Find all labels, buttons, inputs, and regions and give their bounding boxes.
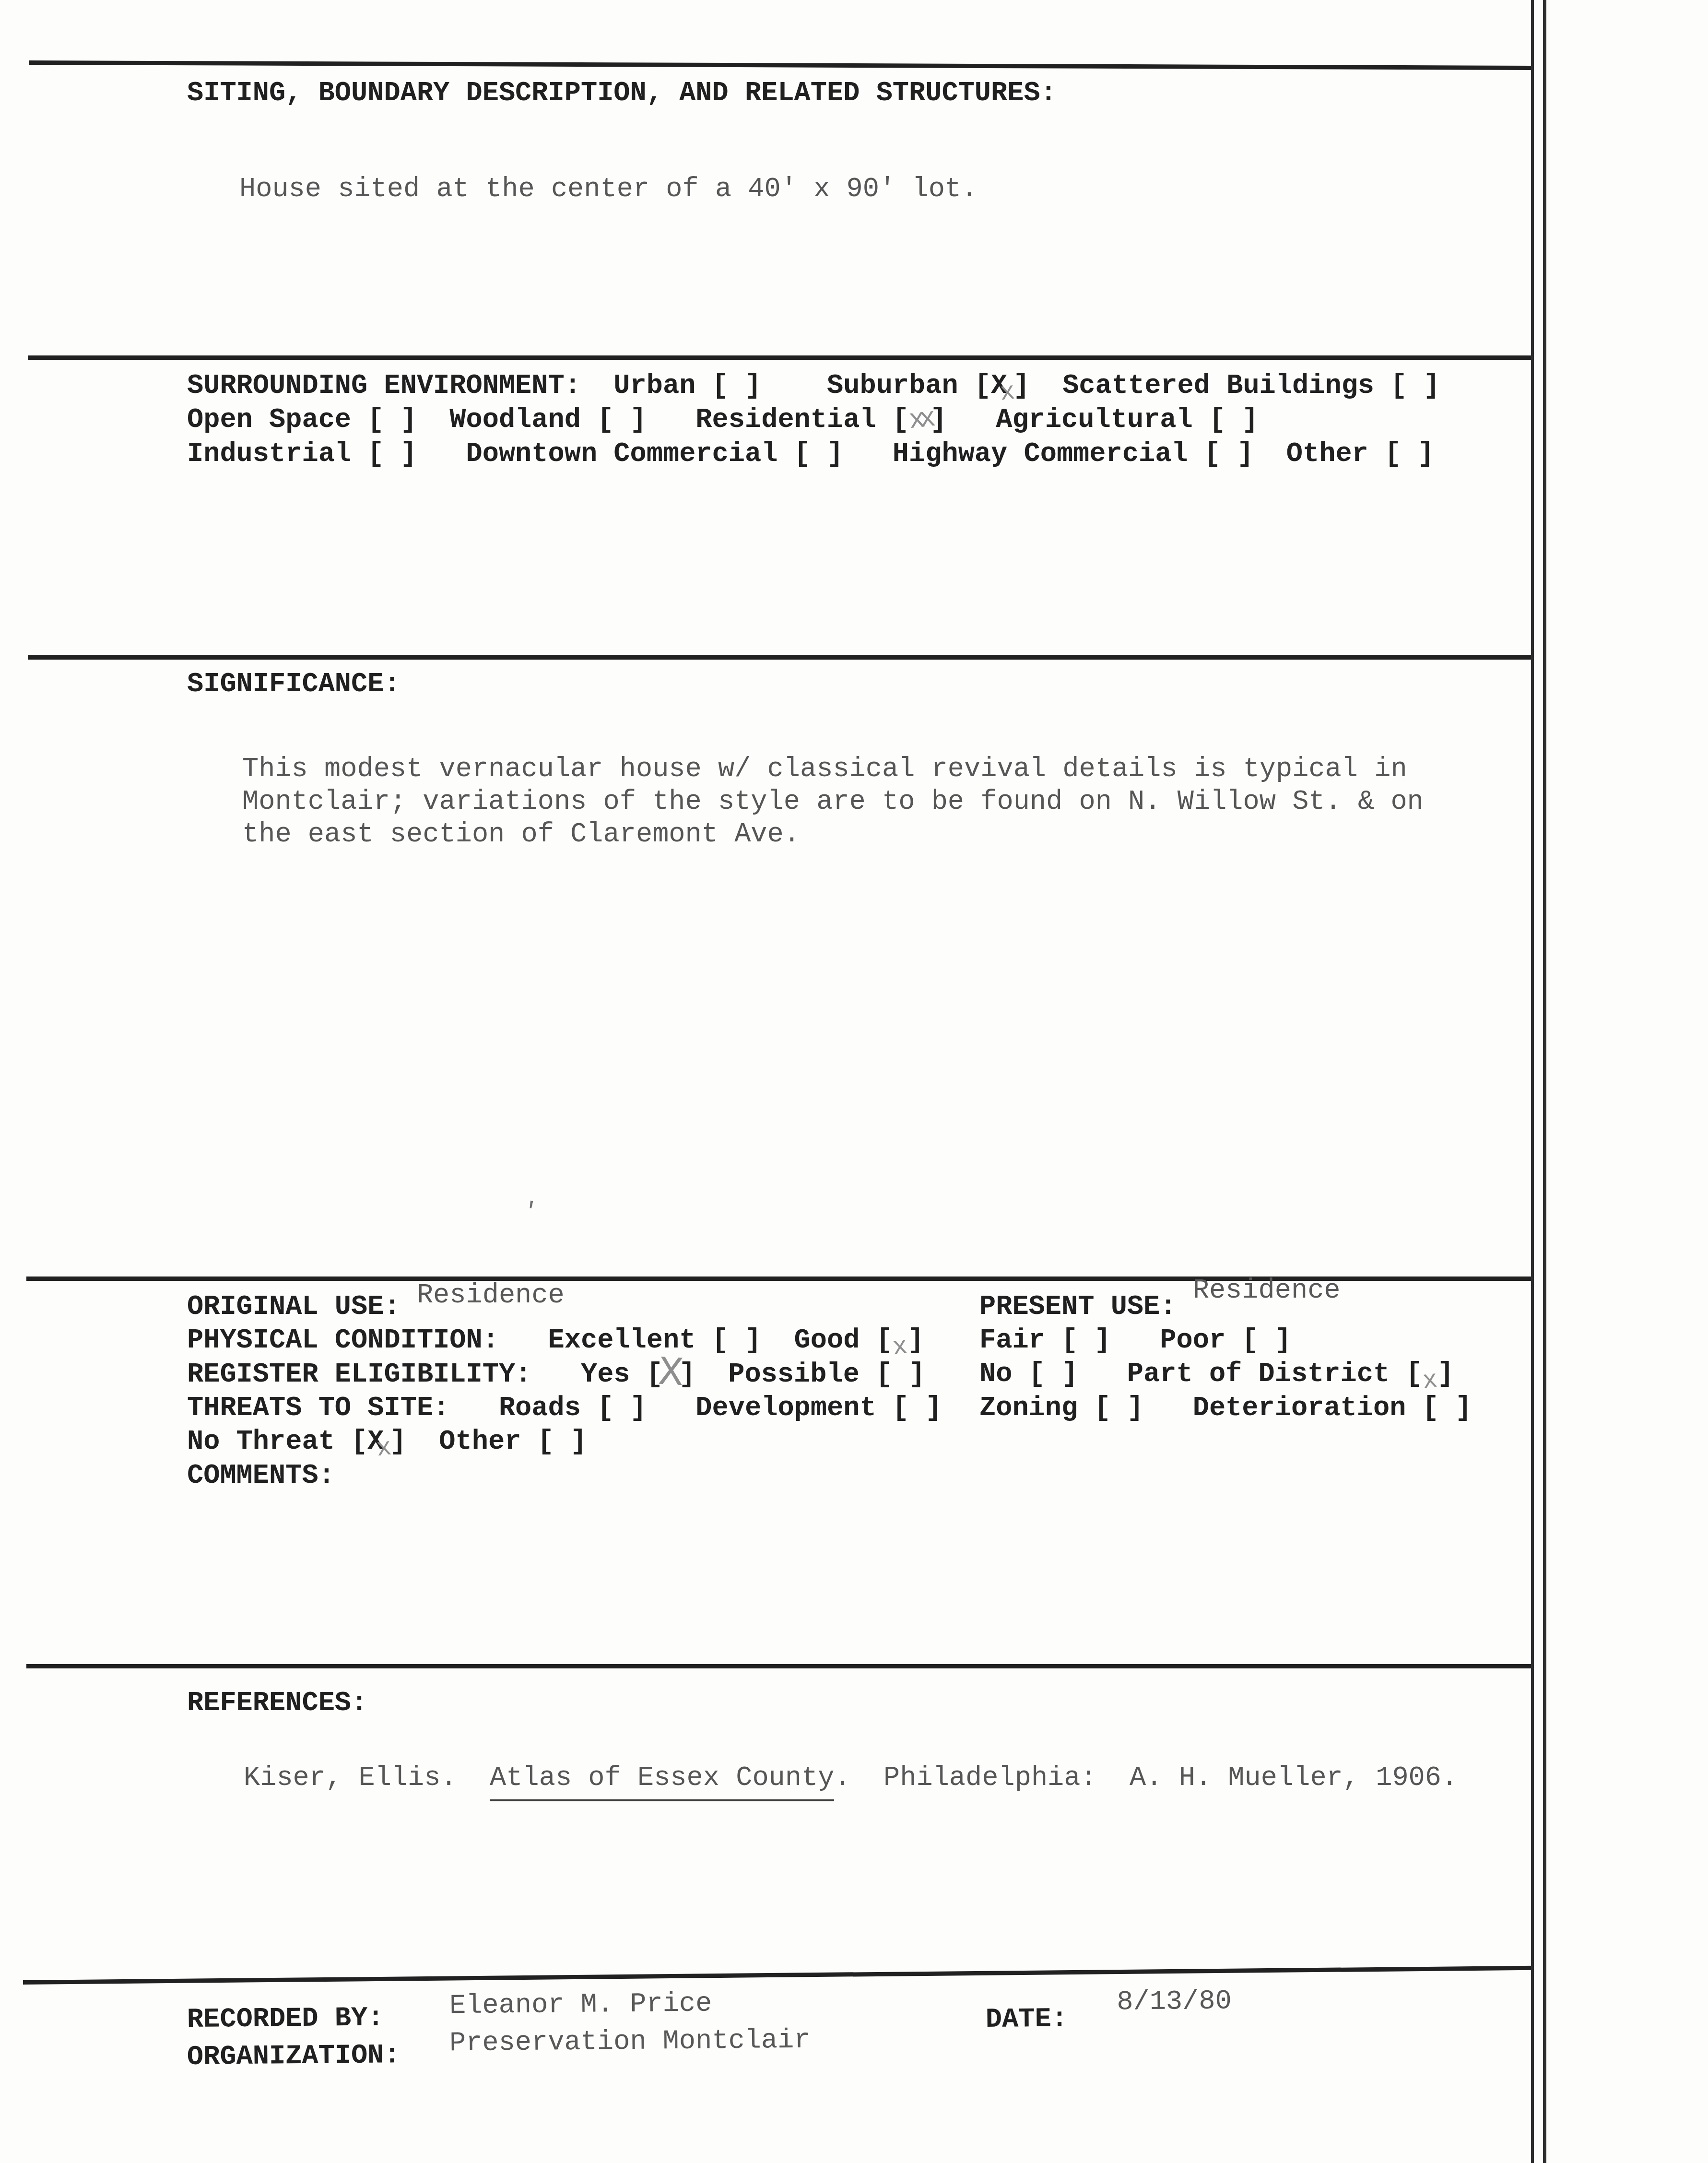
rule-top bbox=[29, 60, 1531, 70]
handwritten-x-part-of-district: x bbox=[1421, 1364, 1439, 1399]
typed-text: Open Space [ ] Woodland [ ] Residential … bbox=[187, 405, 909, 436]
usage-row: No Threat [Xx] Other [ ] bbox=[187, 1425, 942, 1459]
handwritten-x-yes: X bbox=[659, 1373, 683, 1374]
usage-row: Fair [ ] Poor [ ] bbox=[979, 1324, 1472, 1358]
typed-text: REGISTER ELIGIBILITY: Yes [ bbox=[187, 1359, 663, 1390]
usage-row: No [ ] Part of District [x] bbox=[979, 1358, 1472, 1392]
typed-text: ORIGINAL USE: bbox=[187, 1292, 417, 1323]
text-line: This modest vernacular house w/ classica… bbox=[242, 753, 1424, 786]
typed-text: Fair [ ] Poor [ ] bbox=[979, 1325, 1291, 1356]
usage-left-column: ORIGINAL USE: ResidencePHYSICAL CONDITIO… bbox=[187, 1290, 942, 1493]
usage-right-column: PRESENT USE: ResidenceFair [ ] Poor [ ]N… bbox=[979, 1290, 1472, 1425]
typed-text: . Philadelphia: A. H. Mueller, 1906. bbox=[834, 1763, 1458, 1794]
value-present-use: Residence bbox=[1193, 1276, 1341, 1306]
typed-text: ] Possible [ ] bbox=[679, 1359, 925, 1390]
reference-title-underlined: Atlas of Essex County bbox=[490, 1763, 834, 1801]
date-row: DATE: 8/13/80 bbox=[986, 2001, 1232, 2037]
typed-text: Industrial [ ] Downtown Commercial [ ] H… bbox=[187, 439, 1434, 470]
usage-row: REGISTER ELIGIBILITY: Yes [X] Possible [… bbox=[187, 1358, 942, 1392]
siting-heading: SITING, BOUNDARY DESCRIPTION, AND RELATE… bbox=[187, 77, 1057, 110]
typed-text: PHYSICAL CONDITION: Excellent [ ] Good [ bbox=[187, 1325, 893, 1356]
typed-text: ] Other [ ] bbox=[390, 1427, 587, 1457]
environment-row: SURROUNDING ENVIRONMENT: Urban [ ] Subur… bbox=[187, 369, 1440, 403]
stray-pen-mark: ' bbox=[521, 1197, 540, 1227]
rule-significance bbox=[28, 655, 1531, 660]
value-recorded-by: Eleanor M. Price bbox=[449, 1988, 712, 2021]
reference-citation: Kiser, Ellis. Atlas of Essex County. Phi… bbox=[244, 1761, 1458, 1795]
typed-text: COMMENTS: bbox=[187, 1461, 335, 1491]
usage-row: THREATS TO SITE: Roads [ ] Development [… bbox=[187, 1392, 942, 1425]
typed-text: ] bbox=[1437, 1359, 1454, 1390]
rule-environment bbox=[28, 355, 1531, 360]
environment-row: Open Space [ ] Woodland [ ] Residential … bbox=[187, 403, 1440, 437]
rule-footer bbox=[23, 1966, 1534, 1985]
value-organization: Preservation Montclair bbox=[449, 2025, 811, 2059]
typed-text: ORGANIZATION: bbox=[187, 2040, 450, 2073]
typed-text: ] Scattered Buildings [ ] bbox=[1013, 371, 1440, 402]
value-original-use: Residence bbox=[417, 1280, 565, 1311]
typed-text: THREATS TO SITE: Roads [ ] Development [… bbox=[187, 1393, 942, 1424]
significance-heading: SIGNIFICANCE: bbox=[187, 668, 400, 701]
typed-text: RECORDED BY: bbox=[187, 2002, 450, 2035]
environment-row: Industrial [ ] Downtown Commercial [ ] H… bbox=[187, 437, 1440, 472]
vertical-rule-outer bbox=[1543, 0, 1546, 2163]
significance-paragraph: This modest vernacular house w/ classica… bbox=[242, 753, 1424, 851]
typed-text: PRESENT USE: bbox=[979, 1292, 1193, 1323]
typed-text: Zoning [ ] Deterioration [ ] bbox=[979, 1393, 1472, 1424]
value-date: 8/13/80 bbox=[1117, 1986, 1232, 2018]
typed-text: ] bbox=[907, 1325, 924, 1356]
references-heading: REFERENCES: bbox=[187, 1687, 367, 1720]
vertical-rule-inner bbox=[1531, 0, 1534, 2163]
usage-row: PRESENT USE: Residence bbox=[979, 1290, 1472, 1324]
typed-text: DATE: bbox=[986, 2004, 1117, 2035]
usage-row: Zoning [ ] Deterioration [ ] bbox=[979, 1392, 1472, 1425]
typed-text: ] Agricultural [ ] bbox=[930, 405, 1258, 436]
environment-checkbox-rows: SURROUNDING ENVIRONMENT: Urban [ ] Subur… bbox=[187, 369, 1440, 472]
typed-text: No Threat [ bbox=[187, 1427, 367, 1457]
handwritten-x-residential: xx bbox=[907, 402, 932, 438]
typed-text: No [ ] Part of District [ bbox=[979, 1359, 1423, 1390]
scanned-survey-form-page: SITING, BOUNDARY DESCRIPTION, AND RELATE… bbox=[0, 0, 1708, 2163]
rule-references bbox=[26, 1664, 1531, 1668]
text-line: Montclair; variations of the style are t… bbox=[242, 786, 1424, 818]
handwritten-x-good: x bbox=[891, 1330, 909, 1365]
usage-row: ORIGINAL USE: Residence bbox=[187, 1290, 942, 1324]
typed-text: Kiser, Ellis. bbox=[244, 1763, 490, 1794]
siting-note: House sited at the center of a 40' x 90'… bbox=[239, 173, 978, 206]
usage-row: PHYSICAL CONDITION: Excellent [ ] Good [… bbox=[187, 1324, 942, 1358]
usage-row: COMMENTS: bbox=[187, 1459, 942, 1493]
typed-text: SURROUNDING ENVIRONMENT: Urban [ ] Subur… bbox=[187, 371, 991, 402]
text-line: the east section of Claremont Ave. bbox=[242, 818, 1424, 851]
organization-row: ORGANIZATION: Preservation Montclair bbox=[187, 2035, 811, 2074]
